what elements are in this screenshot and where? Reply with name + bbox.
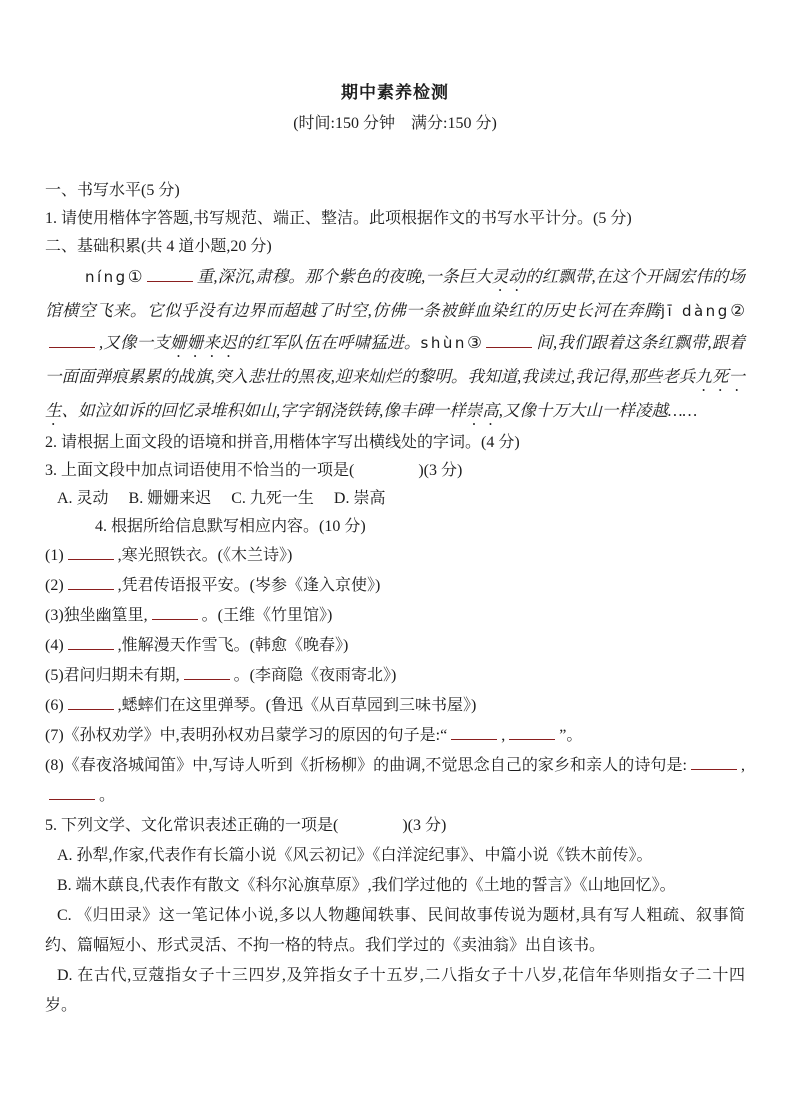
- dictation-item-6: (6),蟋蟀们在这里弹琴。(鲁迅《从百草园到三味书屋》): [45, 691, 745, 721]
- text-run: ,蟋蟀们在这里弹琴。(鲁迅《从百草园到三味书屋》): [118, 697, 477, 714]
- question-3-options: A. 灵动 B. 姗姗来迟 C. 九死一生 D. 崇高: [45, 485, 745, 513]
- dictation-item-1: (1),寒光照铁衣。(《木兰诗》): [45, 541, 745, 571]
- text-run: A. 灵动 B. 姗姗来迟 C. 九死一生 D. 崇高: [57, 490, 385, 507]
- pinyin-run: jī dàng: [661, 302, 730, 320]
- emphasized-word: 崇高: [466, 401, 499, 420]
- section-1-heading: 一、书写水平(5 分): [45, 177, 745, 205]
- answer-blank: [486, 333, 532, 348]
- dictation-item-5: (5)君问归期未有期,。(李商隐《夜雨寄北》): [45, 661, 745, 691]
- doc-body: 一、书写水平(5 分)1. 请使用楷体字答题,书写规范、端正、整洁。此项根据作文…: [45, 177, 745, 1021]
- section-2-heading: 二、基础积累(共 4 道小题,20 分): [45, 233, 745, 261]
- dictation-item-3: (3)独坐幽篁里,。(王维《竹里馆》): [45, 601, 745, 631]
- dictation-item-8: (8)《春夜洛城闻笛》中,写诗人听到《折杨柳》的曲调,不觉思念自己的家乡和亲人的…: [45, 751, 745, 811]
- text-run: ”。: [559, 727, 582, 744]
- text-run: D. 在古代,豆蔻指女子十三四岁,及笄指女子十五岁,二八指女子十八岁,花信年华则…: [45, 967, 745, 1014]
- text-run: (7)《孙权劝学》中,表明孙权劝吕蒙学习的原因的句子是:“: [45, 727, 447, 744]
- answer-blank: [152, 605, 198, 620]
- text-run: C. 《归田录》这一笔记体小说,多以人物趣闻轶事、民间故事传说为题材,具有写人粗…: [45, 907, 745, 954]
- text-run: 、如泣如诉的回忆录堆积如山,字字钢浇铁铸,像丰碑一样: [62, 401, 466, 420]
- text-run: 重,深沉,肃穆。那个紫色的夜晚,一条巨大: [197, 267, 492, 286]
- circled-number: ③: [467, 333, 482, 352]
- answer-blank: [68, 695, 114, 710]
- text-run: 一、书写水平(5 分): [45, 182, 180, 199]
- text-run: A. 孙犁,作家,代表作有长篇小说《风云初记》《白洋淀纪事》、中篇小说《铁木前传…: [57, 847, 653, 864]
- text-run: (3)独坐幽篁里,: [45, 607, 148, 624]
- pinyin-run: níng: [85, 268, 128, 286]
- text-run: (4): [45, 637, 64, 654]
- answer-blank: [147, 267, 193, 282]
- page-subtitle: (时间:150 分钟 满分:150 分): [45, 113, 745, 135]
- text-run: (2): [45, 577, 64, 594]
- circled-number: ①: [128, 267, 143, 286]
- text-run: B. 端木蕻良,代表作有散文《科尔沁旗草原》,我们学过他的《土地的誓言》《山地回…: [57, 877, 676, 894]
- text-run: (6): [45, 697, 64, 714]
- text-run: 。(王维《竹里馆》): [202, 607, 333, 624]
- dictation-item-2: (2),凭君传语报平安。(岑参《逢入京使》): [45, 571, 745, 601]
- answer-blank: [509, 725, 555, 740]
- question-3: 3. 上面文段中加点词语使用不恰当的一项是( )(3 分): [45, 457, 745, 485]
- question-4: 4. 根据所给信息默写相应内容。(10 分): [45, 513, 745, 541]
- question-5-option-d: D. 在古代,豆蔻指女子十三四岁,及笄指女子十五岁,二八指女子十八岁,花信年华则…: [45, 961, 745, 1021]
- question-5-option-c: C. 《归田录》这一笔记体小说,多以人物趣闻轶事、民间故事传说为题材,具有写人粗…: [45, 901, 745, 961]
- question-1: 1. 请使用楷体字答题,书写规范、端正、整洁。此项根据作文的书写水平计分。(5 …: [45, 205, 745, 233]
- emphasized-word: 姗姗来迟: [170, 333, 237, 352]
- text-run: ,又像十万大山一样凌越……: [499, 401, 697, 420]
- answer-blank: [68, 545, 114, 560]
- question-5-option-b: B. 端木蕻良,代表作有散文《科尔沁旗草原》,我们学过他的《土地的誓言》《山地回…: [45, 871, 745, 901]
- exam-page: 期中素养检测 (时间:150 分钟 满分:150 分) 一、书写水平(5 分)1…: [0, 0, 790, 1021]
- text-run: 二、基础积累(共 4 道小题,20 分): [45, 238, 272, 255]
- text-run: ,惟解漫天作雪飞。(韩愈《晚春》): [118, 637, 349, 654]
- text-run: ,又像一支: [99, 333, 170, 352]
- question-5-option-a: A. 孙犁,作家,代表作有长篇小说《风云初记》《白洋淀纪事》、中篇小说《铁木前传…: [45, 841, 745, 871]
- answer-blank: [184, 665, 230, 680]
- answer-blank: [691, 755, 737, 770]
- text-run: ,: [741, 757, 745, 774]
- text-run: 4. 根据所给信息默写相应内容。(10 分): [95, 518, 366, 535]
- text-run: 3. 上面文段中加点词语使用不恰当的一项是( )(3 分): [45, 462, 462, 479]
- dictation-item-7: (7)《孙权劝学》中,表明孙权劝吕蒙学习的原因的句子是:“,”。: [45, 721, 745, 751]
- text-run: 2. 请根据上面文段的语境和拼音,用楷体字写出横线处的字词。(4 分): [45, 434, 520, 451]
- answer-blank: [49, 785, 95, 800]
- text-run: (8)《春夜洛城闻笛》中,写诗人听到《折杨柳》的曲调,不觉思念自己的家乡和亲人的…: [45, 757, 687, 774]
- text-run: 。(李商隐《夜雨寄北》): [234, 667, 397, 684]
- text-run: (5)君问归期未有期,: [45, 667, 180, 684]
- question-5: 5. 下列文学、文化常识表述正确的一项是( )(3 分): [45, 811, 745, 841]
- text-run: ,寒光照铁衣。(《木兰诗》): [118, 547, 293, 564]
- text-run: 1. 请使用楷体字答题,书写规范、端正、整洁。此项根据作文的书写水平计分。(5 …: [45, 210, 632, 227]
- answer-blank: [451, 725, 497, 740]
- answer-blank: [49, 333, 95, 348]
- text-run: (1): [45, 547, 64, 564]
- circled-number: ②: [730, 301, 745, 320]
- emphasized-word: 灵动: [492, 267, 525, 286]
- dictation-item-4: (4),惟解漫天作雪飞。(韩愈《晚春》): [45, 631, 745, 661]
- question-2: 2. 请根据上面文段的语境和拼音,用楷体字写出横线处的字词。(4 分): [45, 429, 745, 457]
- reading-passage: níng①重,深沉,肃穆。那个紫色的夜晚,一条巨大灵动的红飘带,在这个开阔宏伟的…: [45, 261, 745, 429]
- text-run: ,: [501, 727, 505, 744]
- text-run: ,凭君传语报平安。(岑参《逢入京使》): [118, 577, 381, 594]
- text-run: 。: [99, 787, 115, 804]
- pinyin-run: shùn: [421, 334, 467, 352]
- page-title: 期中素养检测: [45, 82, 745, 104]
- text-run: 的红军队伍在呼啸猛进。: [237, 333, 421, 352]
- answer-blank: [68, 635, 114, 650]
- text-run: 5. 下列文学、文化常识表述正确的一项是( )(3 分): [45, 817, 446, 834]
- answer-blank: [68, 575, 114, 590]
